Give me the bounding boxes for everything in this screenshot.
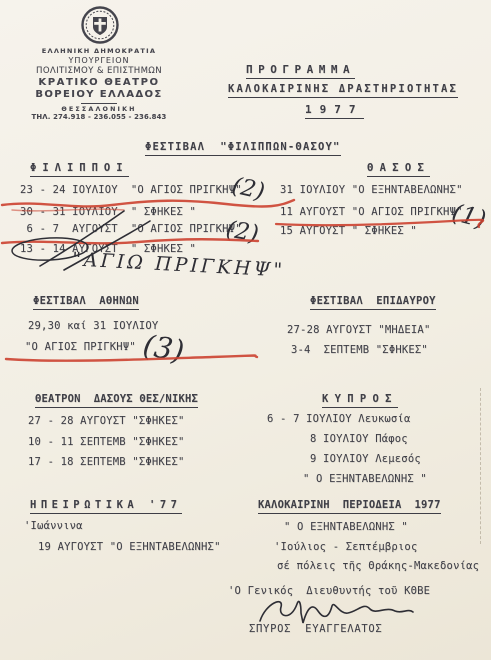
letterhead-ministry: ΥΠΟΥΡΓΕΙΟΝ (13, 56, 185, 65)
forest-row: 17 - 18 ΣΕΠΤΕΜΒ "ΣΦΗΚΕΣ" (28, 456, 185, 468)
title-year: 1977 (305, 103, 364, 119)
athens-row: "Ο ΑΓΙΟΣ ΠΡΙΓΚΗΨ" (25, 341, 136, 353)
section-tour-header: ΚΑΛΟΚΑΙΡΙΝΗ ΠΕΡΙΟΔΕΙΑ 1977 (258, 499, 441, 514)
athens-row: 29,30 καί 31 ΙΟΥΛΙΟΥ (28, 320, 158, 332)
cyprus-row: 9 ΙΟΥΛΙΟΥ Λεμεσός (310, 453, 421, 465)
epidaurus-row: 27-28 ΑΥΓΟΥΣΤ "ΜΗΔΕΙΑ" (287, 324, 430, 336)
forest-row: 10 - 11 ΣΕΠΤΕΜΒ "ΣΦΗΚΕΣ" (28, 436, 185, 448)
letterhead-theatre-name-line1: ΚΡΑΤΙΚΟ ΘΕΑΤΡΟ (13, 77, 185, 88)
letterhead-divider (81, 103, 117, 104)
cyprus-row: 8 ΙΟΥΛΙΟΥ Πάφος (310, 433, 408, 445)
festival-philippon-thasou-header: ΦΕΣΤΙΒΑΛ "ΦΙΛΙΠΠΩΝ-ΘΑΣΟΥ" (145, 141, 341, 156)
letterhead-republic: ΕΛΛΗΝΙΚΗ ΔΗΜΟΚΡΑΤΙΑ (13, 47, 185, 55)
page-fold-line (480, 388, 481, 544)
section-epidaurus-header: ΦΕΣΤΙΒΑΛ ΕΠΙΔΑΥΡΟΥ (310, 295, 436, 310)
thasos-row: 31 ΙΟΥΛΙΟΥ "Ο ΕΞΗΝΤΑΒΕΛΩΝΗΣ" (280, 184, 463, 196)
tour-row: 'Ιούλιος - Σεπτέμβριος (274, 541, 417, 553)
epidaurus-row: 3-4 ΣΕΠΤΕΜΒ "ΣΦΗΚΕΣ" (291, 344, 428, 356)
section-forest-theatre-header: ΘΕΑΤΡΟΝ ΔΑΣΟΥΣ ΘΕΣ/ΝΙΚΗΣ (35, 393, 198, 408)
section-epirotika-header: ΗΠΕΙΡΩΤΙΚΑ '77 (30, 499, 182, 514)
cyprus-row: " Ο ΕΞΗΝΤΑΒΕΛΩΝΗΣ " (303, 473, 427, 485)
handwritten-count-annotation: (1) (449, 198, 489, 233)
thasos-row: 11 ΑΥΓΟΥΣΤ "Ο ΑΓΙΟΣ ΠΡΙΓΚΗΨ" (280, 206, 463, 218)
section-filippoi-header: ΦΙΛΙΠΠΟΙ (30, 162, 129, 177)
section-cyprus-header: ΚΥΠΡΟΣ (322, 393, 398, 408)
scanned-program-document: ΕΛΛΗΝΙΚΗ ΔΗΜΟΚΡΑΤΙΑ ΥΠΟΥΡΓΕΙΟΝ ΠΟΛΙΤΙΣΜΟ… (0, 0, 491, 660)
handwritten-count-annotation: (2) (224, 216, 261, 247)
greek-coat-of-arms-icon (81, 6, 119, 44)
letterhead-ministry-dept: ΠΟΛΙΤΙΣΜΟΥ & ΕΠΙΣΤΗΜΩΝ (13, 66, 185, 76)
section-athens-header: ΦΕΣΤΙΒΑΛ ΑΘΗΝΩΝ (33, 295, 139, 310)
handwritten-count-annotation: (3) (141, 328, 187, 368)
title-summer-activity: ΚΑΛΟΚΑΙΡΙΝΗΣ ΔΡΑΣΤΗΡΙΟΤΗΤΑΣ (228, 83, 458, 98)
filippoi-row: 6 - 7 ΑΥΓΟΥΣΤ "Ο ΑΓΙΟΣ ΠΡΙΓΚΗΨ" (20, 223, 242, 235)
cyprus-row: 6 - 7 ΙΟΥΛΙΟΥ Λευκωσία (267, 413, 410, 425)
epirotika-row: 'Ιωάννινα (24, 520, 83, 532)
forest-row: 27 - 28 ΑΥΓΟΥΣΤ "ΣΦΗΚΕΣ" (28, 415, 185, 427)
thasos-row: 15 ΑΥΓΟΥΣΤ " ΣΦΗΚΕΣ " (280, 225, 417, 237)
filippoi-row: 23 - 24 ΙΟΥΛΙΟΥ "Ο ΑΓΙΟΣ ΠΡΙΓΚΗΨ" (20, 184, 242, 196)
signature-name: ΣΠΥΡΟΣ ΕΥΑΓΓΕΛΑΤΟΣ (249, 623, 382, 635)
red-underline-annotation (6, 356, 257, 361)
filippoi-row: 30 - 31 ΙΟΥΛΙΟΥ " ΣΦΗΚΕΣ " (20, 206, 196, 218)
title-programma: ΠΡΟΓΡΑΜΜΑ (246, 63, 355, 79)
letterhead-city: ΘΕΣΣΑΛΟΝΙΚΗ (13, 106, 185, 113)
section-thasos-header: ΘΑΣΟΣ (367, 162, 430, 177)
signature-role: 'Ο Γενικός Διευθυντής τοῦ ΚΘΒΕ (228, 585, 430, 597)
letterhead-phone: ΤΗΛ. 274.918 - 236.055 - 236.843 (13, 113, 185, 121)
tour-row: " Ο ΕΞΗΝΤΑΒΕΛΩΝΗΣ " (284, 521, 408, 533)
tour-row: σέ πόλεις τῆς Θράκης-Μακεδονίας (277, 560, 479, 572)
letterhead-theatre-name-line2: ΒΟΡΕΙΟΥ ΕΛΛΑΔΟΣ (13, 89, 185, 100)
handwritten-note-annotation: "ΑΓΙΩ ΠΡΙΓΚΗΨ" (72, 248, 286, 281)
epirotika-row: 19 ΑΥΓΟΥΣΤ "Ο ΕΞΗΝΤΑΒΕΛΩΝΗΣ" (38, 541, 221, 553)
handwritten-count-annotation: (2) (229, 173, 267, 206)
